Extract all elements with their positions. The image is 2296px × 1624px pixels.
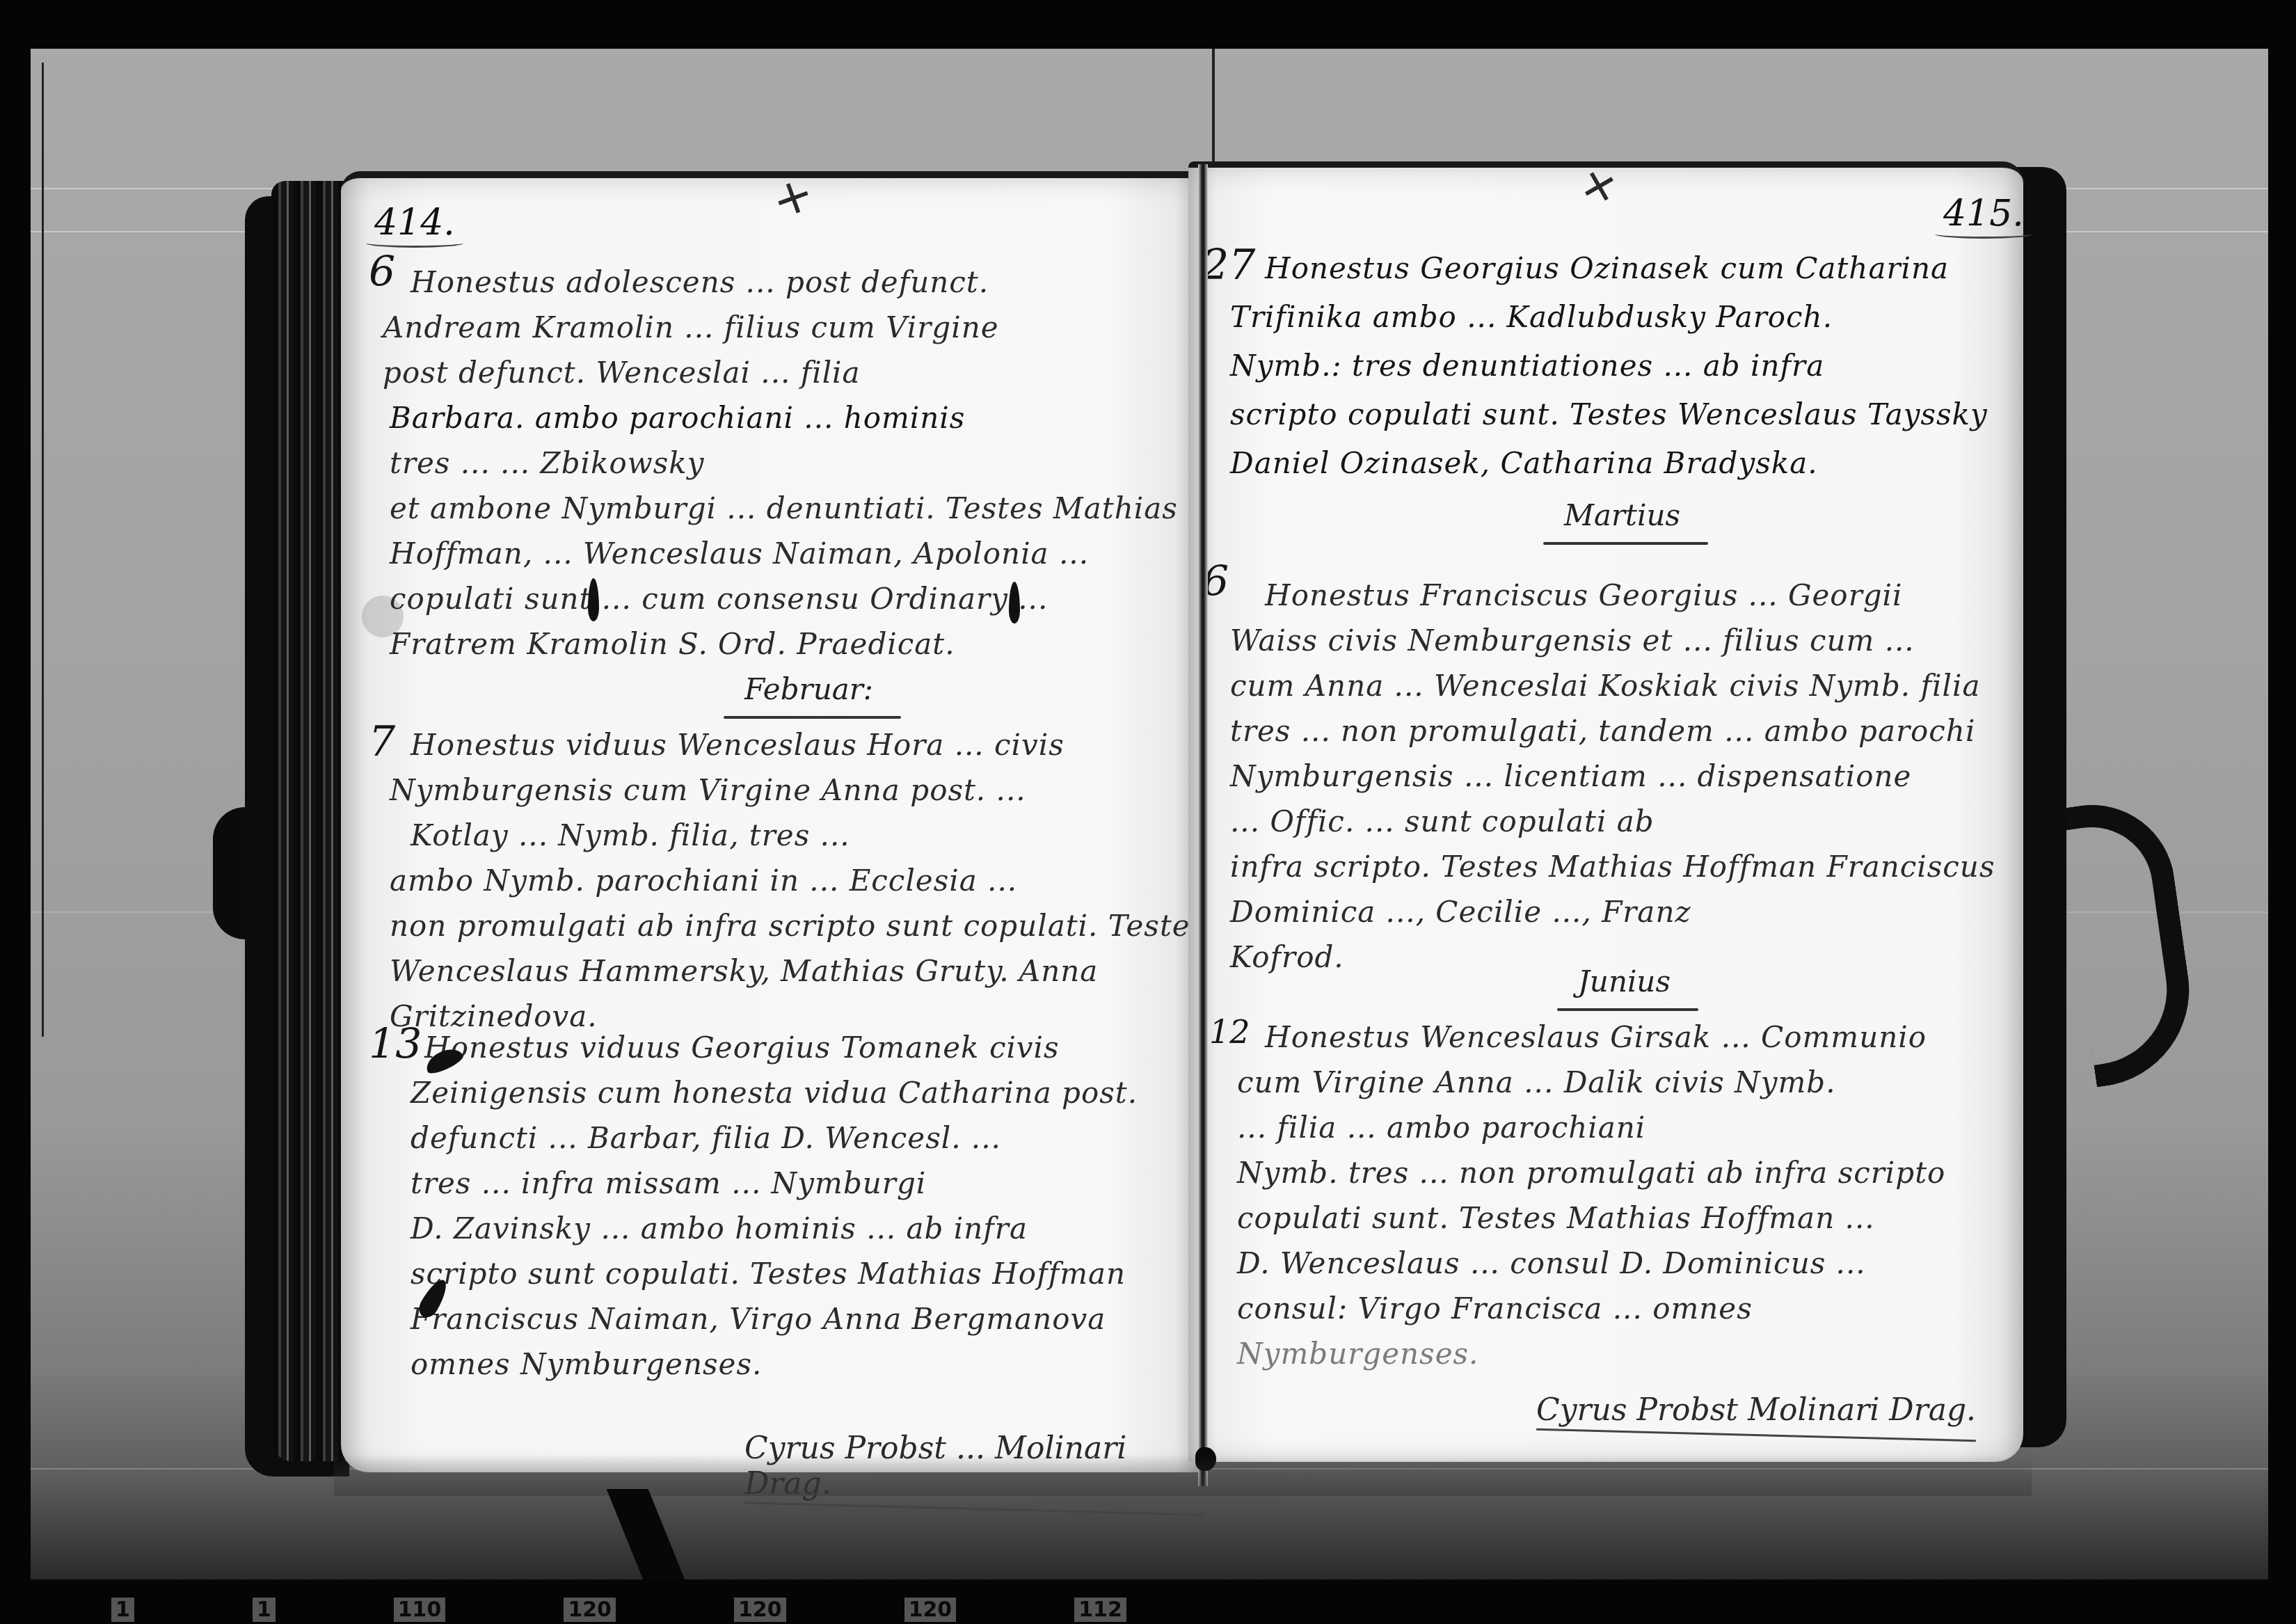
entry-line: Daniel Ozinasek, Catharina Bradyska. — [1230, 446, 1818, 480]
entry-line: Dominica ..., Cecilie ..., Franz — [1230, 895, 1691, 929]
entry-line: tres ... infra missam ... Nymburgi — [410, 1166, 926, 1200]
film-frame-number: 110 — [394, 1598, 446, 1622]
film-frame-number: 120 — [904, 1598, 957, 1622]
entry-day: 13 — [369, 1020, 422, 1069]
entry-line: scripto copulati sunt. Testes Wenceslaus… — [1230, 397, 1988, 431]
entry-line: Nymb.: tres denuntiationes ... ab infra — [1230, 349, 1824, 383]
entry-line: Fratrem Kramolin S. Ord. Praedicat. — [390, 627, 955, 661]
entry-line: infra scripto. Testes Mathias Hoffman Fr… — [1230, 850, 1995, 884]
film-edge-line — [42, 63, 44, 1037]
entry-line: omnes Nymburgenses. — [410, 1347, 762, 1381]
entry-line: cum Anna ... Wenceslai Koskiak civis Nym… — [1230, 669, 1980, 703]
entry-line: Andream Kramolin ... filius cum Virgine — [383, 310, 999, 344]
entry-line: scripto sunt copulati. Testes Mathias Ho… — [410, 1257, 1126, 1291]
entry-line: D. Zavinsky ... ambo hominis ... ab infr… — [410, 1211, 1028, 1245]
entry-line: Kofrod. — [1230, 940, 1344, 974]
entry-line: Hoffman, ... Wenceslaus Naiman, Apolonia… — [390, 536, 1089, 571]
film-frame-number: 1 — [111, 1598, 134, 1622]
entry-line: tres ... ... Zbikowsky — [390, 446, 704, 480]
entry-line: consul: Virgo Francisca ... omnes — [1237, 1291, 1753, 1326]
entry-line: cum Virgine Anna ... Dalik civis Nymb. — [1237, 1065, 1836, 1099]
entry-day: 7 — [369, 717, 395, 766]
entry-line: Honestus Franciscus Georgius ... Georgii — [1265, 578, 1902, 612]
entry-line: copulati sunt. Testes Mathias Hoffman ..… — [1237, 1201, 1875, 1235]
entry-line: Honestus viduus Wenceslaus Hora ... civi… — [410, 728, 1065, 762]
entry-line: Nymburgensis ... licentiam ... dispensat… — [1230, 759, 1911, 793]
entry-line: Barbara. ambo parochiani ... hominis — [390, 401, 965, 435]
right-page: 415. + 27 Honestus Georgius Ozinasek cum… — [1188, 161, 2023, 1462]
priest-signature: Cyrus Probst Molinari Drag. — [1536, 1392, 1976, 1428]
entry-line: Franciscus Naiman, Virgo Anna Bergmanova — [410, 1302, 1106, 1336]
month-heading: Martius — [1564, 498, 1680, 532]
entry-line: Honestus adolescens ... post defunct. — [410, 265, 989, 299]
entry-line: Nymb. tres ... non promulgati ab infra s… — [1237, 1156, 1945, 1190]
film-frame-number: 1 — [253, 1598, 276, 1622]
page-number-left: 414. — [374, 202, 455, 244]
entry-day: 6 — [369, 248, 395, 296]
entry-line: Honestus viduus Georgius Tomanek civis — [424, 1030, 1060, 1065]
entry-line: Zeinigensis cum honesta vidua Catharina … — [410, 1076, 1138, 1110]
entry-line: Trifinika ambo ... Kadlubdusky Paroch. — [1230, 300, 1833, 334]
entry-line: et ambone Nymburgi ... denuntiati. Teste… — [390, 491, 1178, 525]
film-frame-number: 120 — [564, 1598, 616, 1622]
left-clasp-strap — [213, 807, 245, 939]
cross-mark-icon: + — [764, 163, 822, 230]
film-frame-number: 120 — [734, 1598, 786, 1622]
entry-line: copulati sunt ... cum consensu Ordinary … — [390, 582, 1048, 616]
entry-line: Honestus Wenceslaus Girsak ... Communio — [1265, 1020, 1927, 1054]
entry-line: post defunct. Wenceslai ... filia — [383, 356, 861, 390]
entry-line: non promulgati ab infra scripto sunt cop… — [390, 909, 1206, 943]
book-gutter — [1198, 164, 1208, 1486]
entry-line: Honestus Georgius Ozinasek cum Catharina — [1265, 251, 1949, 285]
entry-line: ambo Nymb. parochiani in ... Ecclesia ..… — [390, 863, 1017, 898]
entry-day: 12 — [1209, 1013, 1250, 1051]
film-frame-numbers: 1 1 110 120 120 120 112 — [111, 1598, 1126, 1622]
left-page: 414. + 6 Honestus adolescens ... post de… — [341, 171, 1204, 1472]
entry-line: Kotlay ... Nymb. filia, tres ... — [410, 818, 850, 852]
entry-line: Waiss civis Nemburgensis et ... filius c… — [1230, 623, 1915, 658]
entry-line: ... Offic. ... sunt copulati ab — [1230, 804, 1655, 838]
entry-line: defuncti ... Barbar, filia D. Wencesl. .… — [410, 1121, 1001, 1155]
page-bottom-shadow — [334, 1454, 2032, 1496]
microfilm-frame: 414. + 6 Honestus adolescens ... post de… — [0, 0, 2296, 1624]
page-number-right: 415. — [1943, 193, 2024, 234]
film-frame-number: 112 — [1074, 1598, 1126, 1622]
entry-line: ... filia ... ambo parochiani — [1237, 1110, 1645, 1145]
entry-line: Wenceslaus Hammersky, Mathias Gruty. Ann… — [390, 954, 1098, 988]
entry-line: Nymburgenses. — [1237, 1337, 1478, 1371]
month-heading: Februar: — [744, 672, 873, 706]
month-heading: Junius — [1578, 964, 1671, 998]
entry-line: D. Wenceslaus ... consul D. Dominicus ..… — [1237, 1246, 1866, 1280]
entry-line: Nymburgensis cum Virgine Anna post. ... — [390, 773, 1026, 807]
entry-line: tres ... non promulgati, tandem ... ambo… — [1230, 714, 1975, 748]
entry-day: 27 — [1202, 241, 1255, 289]
